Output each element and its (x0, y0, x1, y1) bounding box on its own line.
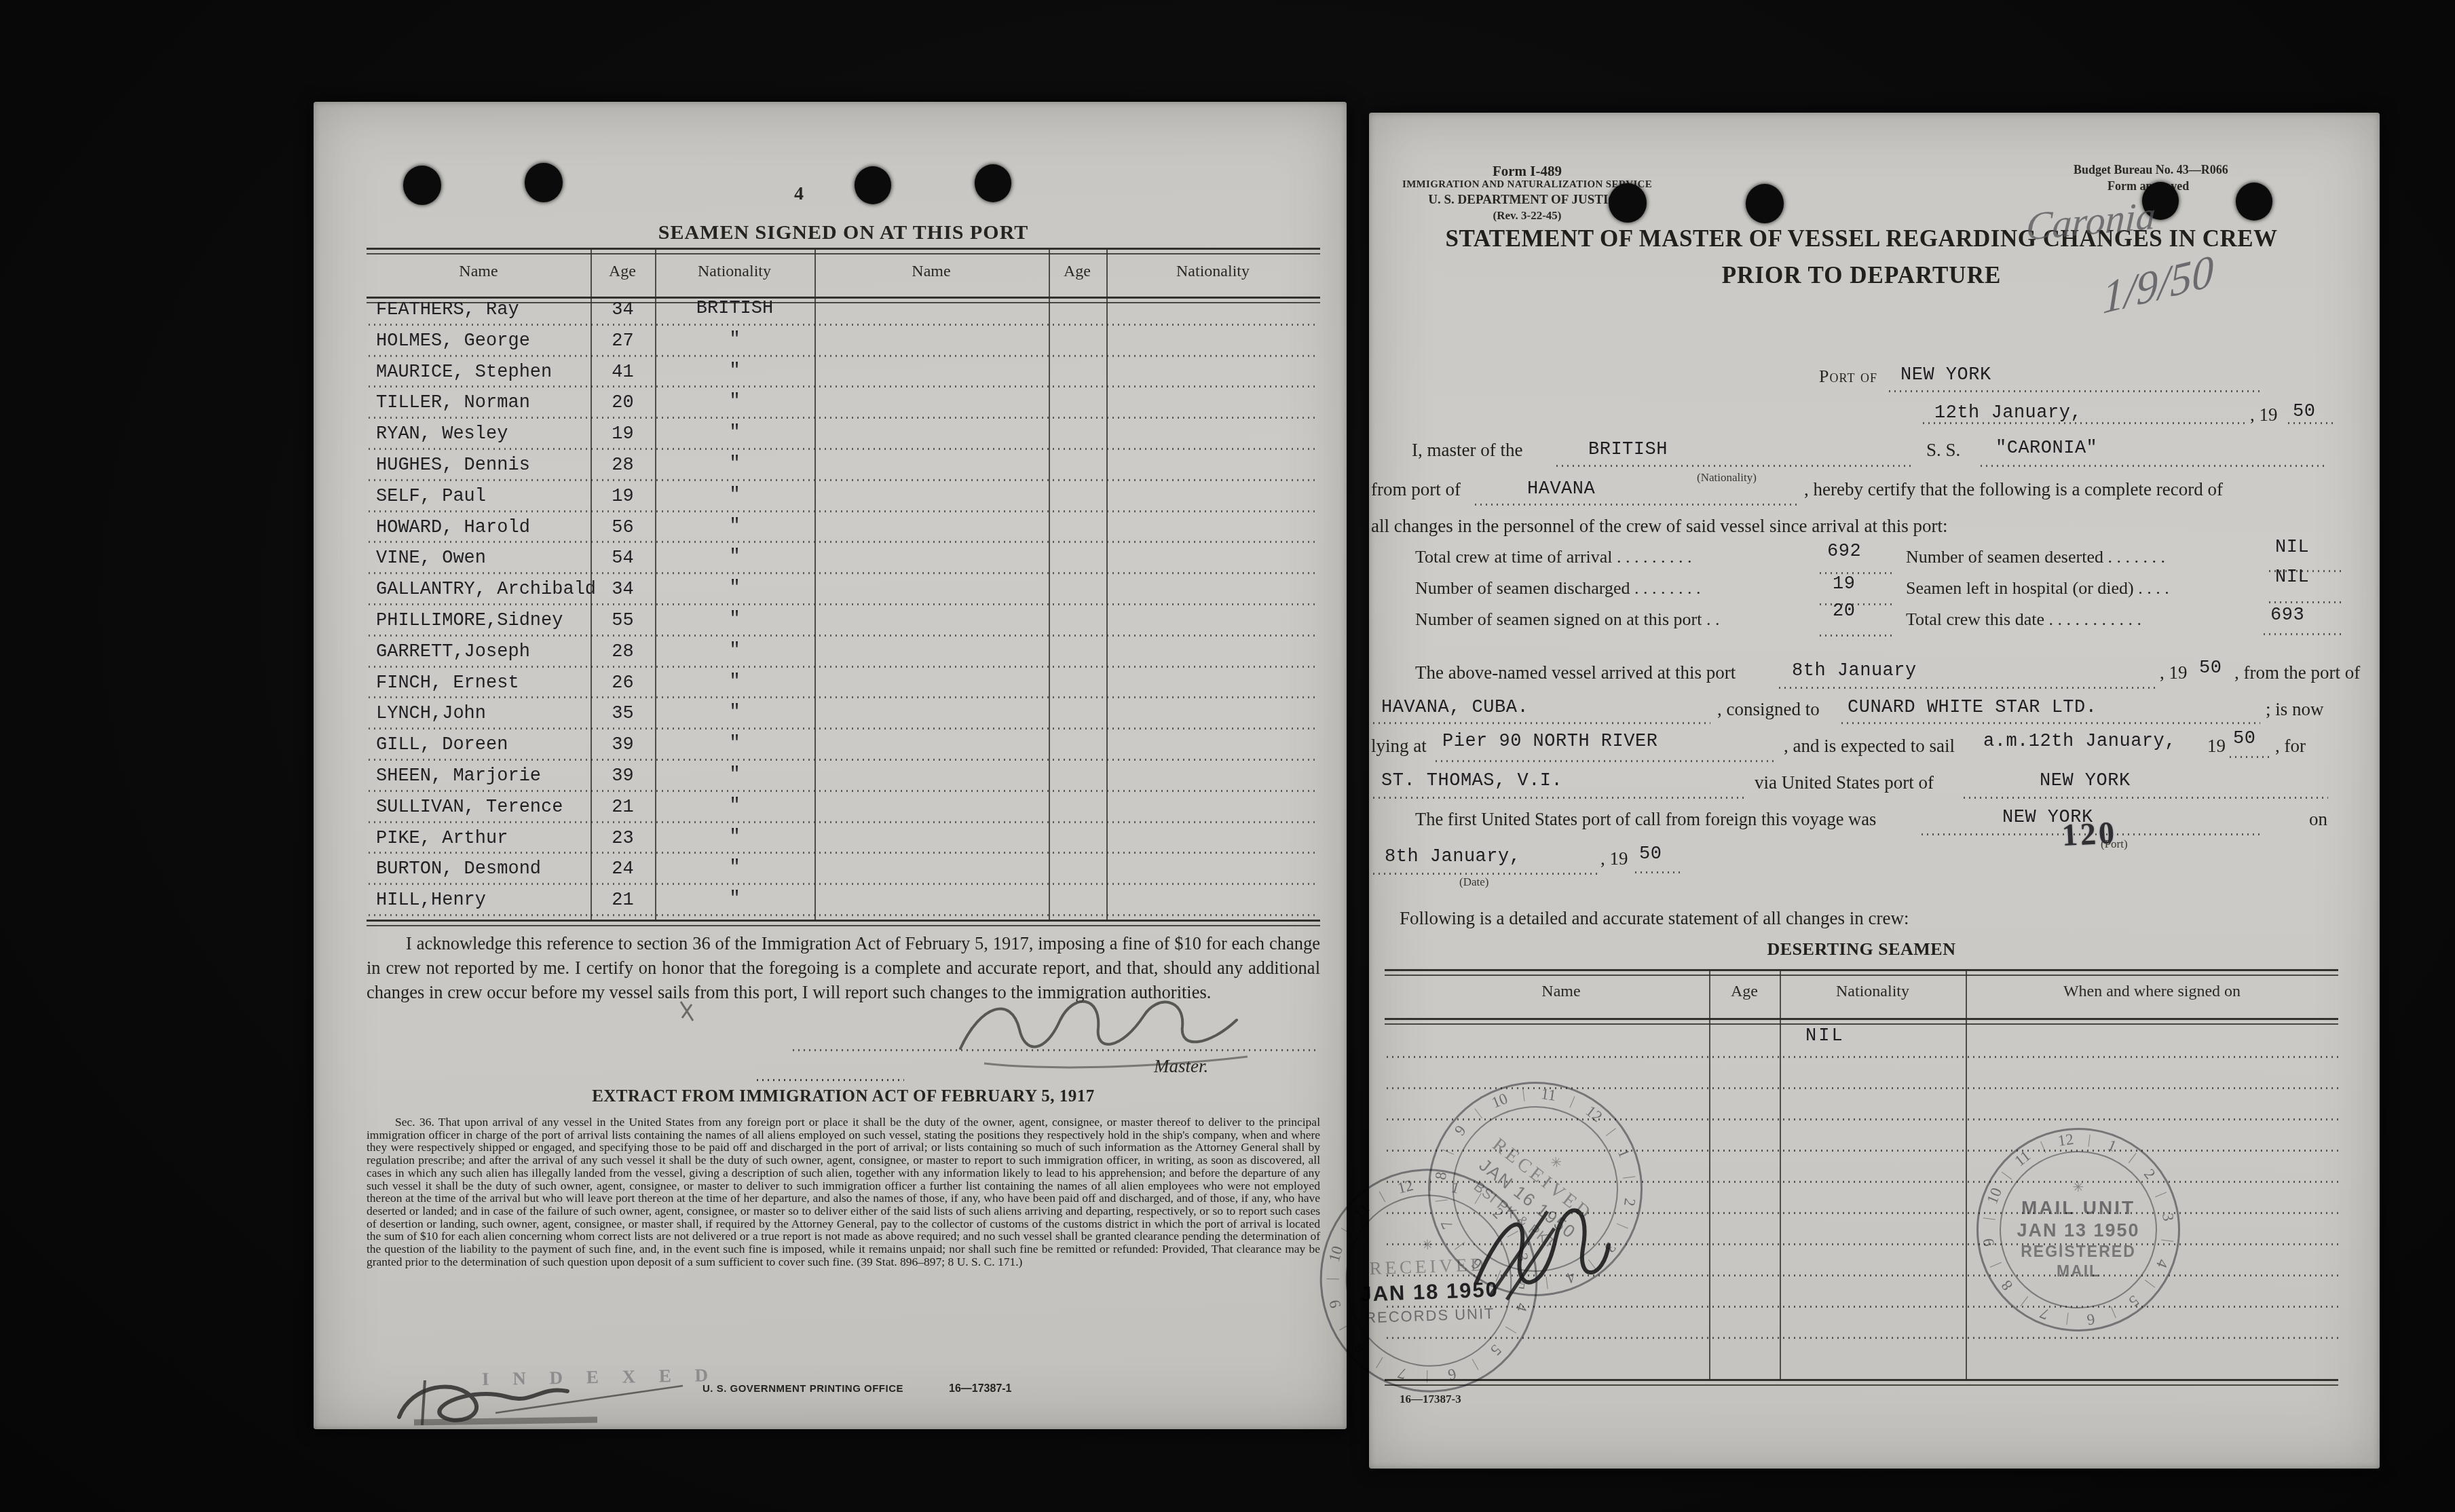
row-rule (367, 417, 1319, 419)
seaman-age: 19 (591, 487, 655, 507)
seaman-nationality: " (655, 578, 814, 599)
seaman-name: LYNCH,John (376, 704, 486, 724)
master-line-prefix: I, master of the (1412, 440, 1522, 461)
certify-text: , hereby certify that the following is a… (1804, 479, 2223, 500)
pencil-scribble (372, 1375, 698, 1429)
destination-value: ST. THOMAS, V.I. (1381, 771, 1562, 791)
seaman-nationality: " (655, 516, 814, 537)
stat-value-signed-on: 20 (1833, 601, 1855, 622)
row-rule (367, 759, 1319, 761)
stat-value-discharged: 19 (1833, 574, 1855, 594)
seaman-nationality: " (655, 641, 814, 661)
port-of-label: Port of (1819, 366, 1877, 387)
punch-hole (1746, 184, 1784, 223)
nationality-sublabel: (Nationality) (1697, 471, 1757, 485)
section-divider (755, 1079, 904, 1082)
stat-label-total-arrival: Total crew at time of arrival . . . . . … (1415, 547, 1692, 567)
document-scan: 4 SEAMEN SIGNED ON AT THIS PORT Name Age… (0, 0, 2455, 1512)
stamp-mail-unit-text: MAIL UNIT (2021, 1197, 2135, 1219)
fill-line (1371, 797, 1744, 799)
stat-value-total-date: 693 (2270, 605, 2304, 626)
gpo-footer: U. S. GOVERNMENT PRINTING OFFICE (702, 1383, 903, 1395)
sail-year-typed: 50 (2233, 729, 2255, 749)
extract-heading: EXTRACT FROM IMMIGRATION ACT OF FEBRUARY… (367, 1087, 1320, 1106)
seaman-name: SHEEN, Marjorie (376, 766, 541, 787)
section-divider (0, 2, 136, 4)
row-rule (367, 385, 1319, 388)
fill-line (2286, 422, 2335, 424)
column-divider (1966, 970, 1967, 1380)
fill-line (1839, 722, 2260, 724)
seaman-age: 56 (591, 518, 655, 538)
fill-line (1554, 465, 1914, 467)
seaman-name: VINE, Owen (376, 548, 486, 569)
deserting-header-name: Name (1466, 983, 1656, 1001)
stat-label-deserted: Number of seamen deserted . . . . . . . (1906, 547, 2165, 567)
fill-line (1633, 871, 1682, 873)
row-rule (367, 696, 1319, 698)
fill-line (2267, 601, 2342, 603)
column-divider (1106, 249, 1108, 921)
crew-table: Name Age Nationality Name Age Nationalit… (367, 248, 1320, 918)
seaman-age: 28 (591, 642, 655, 662)
deserting-header-rule (1385, 1018, 2338, 1025)
deserting-table-top-rule (1385, 969, 2338, 976)
crew-table-header: Name Age Nationality Name Age Nationalit… (367, 248, 1320, 297)
row-rule (367, 666, 1319, 668)
row-rule (367, 572, 1319, 574)
seaman-name: SULLIVAN, Terence (376, 797, 563, 818)
row-rule (367, 821, 1319, 823)
deserting-header-nationality: Nationality (1780, 983, 1966, 1001)
sail-time-value: a.m.12th January, (1983, 732, 2176, 752)
row-rule (367, 603, 1319, 605)
stat-label-hospital: Seamen left in hospital (or died) . . . … (1906, 578, 2169, 599)
statement-title-line2: PRIOR TO DEPARTURE (1385, 262, 2338, 289)
arrival-text-2: , from the port of (2234, 662, 2360, 683)
crew-row: HILL,Henry 21 " (367, 887, 1320, 918)
seaman-nationality: " (655, 392, 814, 412)
lying-at-label: lying at (1371, 736, 1427, 757)
stat-label-discharged: Number of seamen discharged . . . . . . … (1415, 578, 1700, 599)
seaman-name: TILLER, Norman (376, 393, 530, 413)
crew-row: SELF, Paul 19 " (367, 483, 1320, 514)
crew-rows: FEATHERS, Ray 34 BRITISH HOLMES, George … (367, 297, 1320, 918)
port-of-value: NEW YORK (1900, 365, 1991, 385)
form-id: Form I-489 (1398, 163, 1656, 180)
arrival-year-typed: 50 (2199, 658, 2222, 679)
seaman-age: 19 (591, 424, 655, 445)
deserting-seamen-title: DESERTING SEAMEN (1385, 939, 2338, 960)
table-bottom-rule (367, 920, 1320, 926)
crew-list-title: SEAMEN SIGNED ON AT THIS PORT (367, 221, 1320, 244)
mail-unit-stamp: 12|1|2|3|4|5|6|7|8|9|10|11| ✳ MAIL UNIT … (1964, 1115, 2194, 1345)
page-number: 4 (794, 183, 804, 205)
expected-sail-label: , and is expected to sail (1784, 736, 1955, 757)
first-port-year-printed: , 19 (1600, 848, 1628, 869)
first-port-label: The first United States port of call fro… (1415, 809, 1876, 830)
fill-line (1371, 873, 1598, 875)
seaman-nationality: BRITISH (655, 299, 814, 319)
seaman-name: HOLMES, George (376, 331, 530, 352)
sec36-text: Sec. 36. That upon arrival of any vessel… (367, 1116, 1320, 1268)
crew-row: SHEEN, Marjorie 39 " (367, 763, 1320, 794)
fill-line (1777, 687, 2157, 689)
seaman-name: FEATHERS, Ray (376, 300, 519, 320)
seaman-age: 23 (591, 829, 655, 849)
seaman-name: MAURICE, Stephen (376, 362, 552, 383)
certify-text-line2: all changes in the personnel of the crew… (1371, 516, 1947, 537)
seaman-name: PIKE, Arthur (376, 829, 508, 849)
via-port-value: NEW YORK (2040, 771, 2131, 791)
master-signature (943, 987, 1262, 1076)
deserting-header-age: Age (1709, 983, 1780, 1001)
column-header-age2: Age (1064, 263, 1091, 281)
from-port-value: HAVANA (1527, 479, 1595, 499)
crew-row: BURTON, Desmond 24 " (367, 856, 1320, 887)
fill-line (2262, 633, 2342, 635)
seaman-age: 35 (591, 704, 655, 724)
seaman-name: HUGHES, Dennis (376, 455, 530, 476)
seaman-age: 39 (591, 735, 655, 755)
crew-row: GILL, Doreen 39 " (367, 732, 1320, 763)
is-now-text: ; is now (2266, 699, 2324, 720)
punch-hole (2236, 183, 2272, 221)
seaman-nationality: " (655, 361, 814, 381)
seaman-nationality: " (655, 734, 814, 754)
fill-line (1962, 797, 2328, 799)
deserting-nil-value: NIL (1805, 1026, 1845, 1046)
stat-value-hospital: NIL (2275, 567, 2309, 588)
seaman-nationality: " (655, 765, 814, 785)
deserting-header-signed-on: When and where signed on (1966, 983, 2338, 1001)
crew-row: HOWARD, Harold 56 " (367, 514, 1320, 546)
fill-line (1818, 603, 1896, 605)
row-rule (367, 883, 1319, 885)
column-divider (1780, 970, 1781, 1380)
seaman-nationality: " (655, 485, 814, 506)
fill-line (1371, 722, 1710, 724)
seaman-name: GALLANTRY, Archibald (376, 580, 596, 600)
fill-line (1921, 422, 2247, 424)
arrival-text-1: The above-named vessel arrived at this p… (1415, 662, 1736, 683)
fill-line (1887, 390, 2260, 392)
consigned-label: , consigned to (1717, 699, 1820, 720)
column-divider (814, 249, 816, 921)
following-statement: Following is a detailed and accurate sta… (1400, 908, 1909, 929)
stat-value-total-arrival: 692 (1827, 542, 1861, 562)
stat-label-total-date: Total crew this date . . . . . . . . . .… (1906, 609, 2141, 630)
first-port-date-value: 8th January, (1385, 847, 1520, 867)
ss-label: S. S. (1926, 440, 1960, 461)
inspector-signature (1453, 1181, 1615, 1317)
row-rule (367, 355, 1319, 357)
budget-bureau-number: Budget Bureau No. 43—R066 (2074, 163, 2228, 177)
seaman-nationality: " (655, 702, 814, 723)
seaman-name: GILL, Doreen (376, 735, 508, 755)
arrival-date-value: 8th January (1792, 661, 1917, 681)
crew-row: MAURICE, Stephen 41 " (367, 359, 1320, 390)
seaman-name: RYAN, Wesley (376, 424, 508, 445)
stamp-registered-text: REGISTERED (2021, 1243, 2136, 1261)
crew-row: FINCH, Ernest 26 " (367, 670, 1320, 701)
fill-line (1979, 465, 2328, 467)
seaman-age: 39 (591, 766, 655, 787)
column-header-name2: Name (912, 263, 950, 281)
row-rule (367, 324, 1319, 326)
column-header-age: Age (609, 263, 636, 281)
seaman-nationality: " (655, 796, 814, 816)
fill-line (1818, 635, 1896, 637)
star-icon: ✳ (2073, 1179, 2084, 1196)
seaman-nationality: " (655, 609, 814, 630)
fill-line (2228, 756, 2272, 758)
seaman-age: 41 (591, 362, 655, 383)
date-sublabel: (Date) (1459, 875, 1488, 889)
crew-row: PHILLIMORE,Sidney 55 " (367, 607, 1320, 639)
punch-hole (403, 166, 441, 205)
seaman-age: 21 (591, 797, 655, 818)
seaman-nationality: " (655, 547, 814, 567)
row-rule (367, 541, 1319, 543)
stamp-date: JAN 13 1950 (2017, 1220, 2139, 1241)
punch-hole (525, 163, 563, 202)
crew-row: RYAN, Wesley 19 " (367, 421, 1320, 452)
star-icon: ✳ (1546, 1152, 1566, 1173)
crew-row: GARRETT,Joseph 28 " (367, 639, 1320, 670)
consignee-value: CUNARD WHITE STAR LTD. (1848, 698, 2097, 718)
seaman-nationality: " (655, 858, 814, 878)
on-text: on (2309, 809, 2327, 830)
crew-row: LYNCH,John 35 " (367, 700, 1320, 732)
stamp-mail-text: MAIL (2057, 1262, 2100, 1281)
punch-hole (855, 166, 891, 204)
crew-row: HUGHES, Dennis 28 " (367, 452, 1320, 483)
crew-row: FEATHERS, Ray 34 BRITISH (367, 297, 1320, 328)
signature-line (791, 1049, 1317, 1051)
seaman-name: BURTON, Desmond (376, 859, 541, 880)
seaman-age: 26 (591, 673, 655, 694)
seaman-name: HILL,Henry (376, 890, 486, 911)
seaman-nationality: " (655, 827, 814, 848)
row-rule (367, 635, 1319, 637)
crew-row: GALLANTRY, Archibald 34 " (367, 576, 1320, 607)
fill-line (1818, 572, 1896, 574)
nationality-value: BRITISH (1588, 440, 1668, 460)
pier-value: Pier 90 NORTH RIVER (1442, 732, 1657, 752)
row-rule (367, 914, 1319, 916)
gpo-footer-number: 16—17387-1 (949, 1383, 1012, 1395)
crew-row: VINE, Owen 54 " (367, 545, 1320, 576)
seaman-age: 28 (591, 455, 655, 476)
row-rule (367, 790, 1319, 792)
year-typed: 50 (2293, 402, 2315, 422)
fill-line (1433, 760, 1776, 762)
seaman-age: 21 (591, 890, 655, 911)
row-rule (367, 510, 1319, 512)
crew-row: PIKE, Arthur 23 " (367, 825, 1320, 856)
seaman-name: GARRETT,Joseph (376, 642, 530, 662)
row-rule (367, 479, 1319, 481)
vessel-name-value: "CARONIA" (1995, 438, 2097, 459)
stat-value-deserted: NIL (2275, 537, 2309, 558)
via-label: via United States port of (1755, 772, 1934, 793)
column-divider (1049, 249, 1050, 921)
statement-date-value: 12th January, (1934, 403, 2082, 423)
punch-hole (1609, 183, 1647, 223)
statement-title-line1: STATEMENT OF MASTER OF VESSEL REGARDING … (1385, 225, 2338, 252)
crew-row: SULLIVAN, Terence 21 " (367, 794, 1320, 825)
arrival-from-port-value: HAVANA, CUBA. (1381, 698, 1529, 718)
seaman-age: 24 (591, 859, 655, 880)
column-divider (1709, 970, 1710, 1380)
seaman-age: 55 (591, 611, 655, 631)
seaman-nationality: " (655, 672, 814, 692)
seaman-name: FINCH, Ernest (376, 673, 519, 694)
seaman-nationality: " (655, 423, 814, 443)
row-rule (367, 727, 1319, 730)
column-header-name: Name (459, 263, 498, 281)
arrival-year-printed: , 19 (2160, 662, 2188, 683)
seaman-age: 27 (591, 331, 655, 352)
seaman-nationality: " (655, 454, 814, 474)
row-rule (367, 852, 1319, 854)
fill-line (1473, 504, 1799, 506)
seaman-age: 34 (591, 580, 655, 600)
sail-year-printed: 19 (2207, 736, 2226, 757)
year-printed: , 19 (2250, 404, 2278, 426)
seaman-age: 20 (591, 393, 655, 413)
punch-hole (975, 164, 1011, 202)
seaman-nationality: " (655, 330, 814, 350)
seaman-age: 34 (591, 300, 655, 320)
column-divider (591, 249, 592, 921)
seaman-age: 54 (591, 548, 655, 569)
from-port-label: from port of (1371, 479, 1461, 500)
master-label: Master. (1154, 1056, 1208, 1077)
seaman-name: HOWARD, Harold (376, 518, 530, 538)
pencil-check-mark (675, 998, 702, 1025)
seaman-nationality: " (655, 889, 814, 909)
column-divider (655, 249, 656, 921)
crew-row: HOLMES, George 27 " (367, 328, 1320, 359)
sequence-number-stamp: 120 (2061, 814, 2118, 853)
first-port-year-typed: 50 (1639, 844, 1662, 865)
stat-label-signed-on: Number of seamen signed on at this port … (1415, 609, 1719, 630)
seaman-name: SELF, Paul (376, 487, 486, 507)
crew-row: TILLER, Norman 20 " (367, 390, 1320, 421)
for-text: , for (2275, 736, 2306, 757)
column-header-nationality2: Nationality (1176, 263, 1250, 281)
seaman-name: PHILLIMORE,Sidney (376, 611, 563, 631)
row-rule (367, 448, 1319, 450)
column-header-nationality: Nationality (698, 263, 771, 281)
